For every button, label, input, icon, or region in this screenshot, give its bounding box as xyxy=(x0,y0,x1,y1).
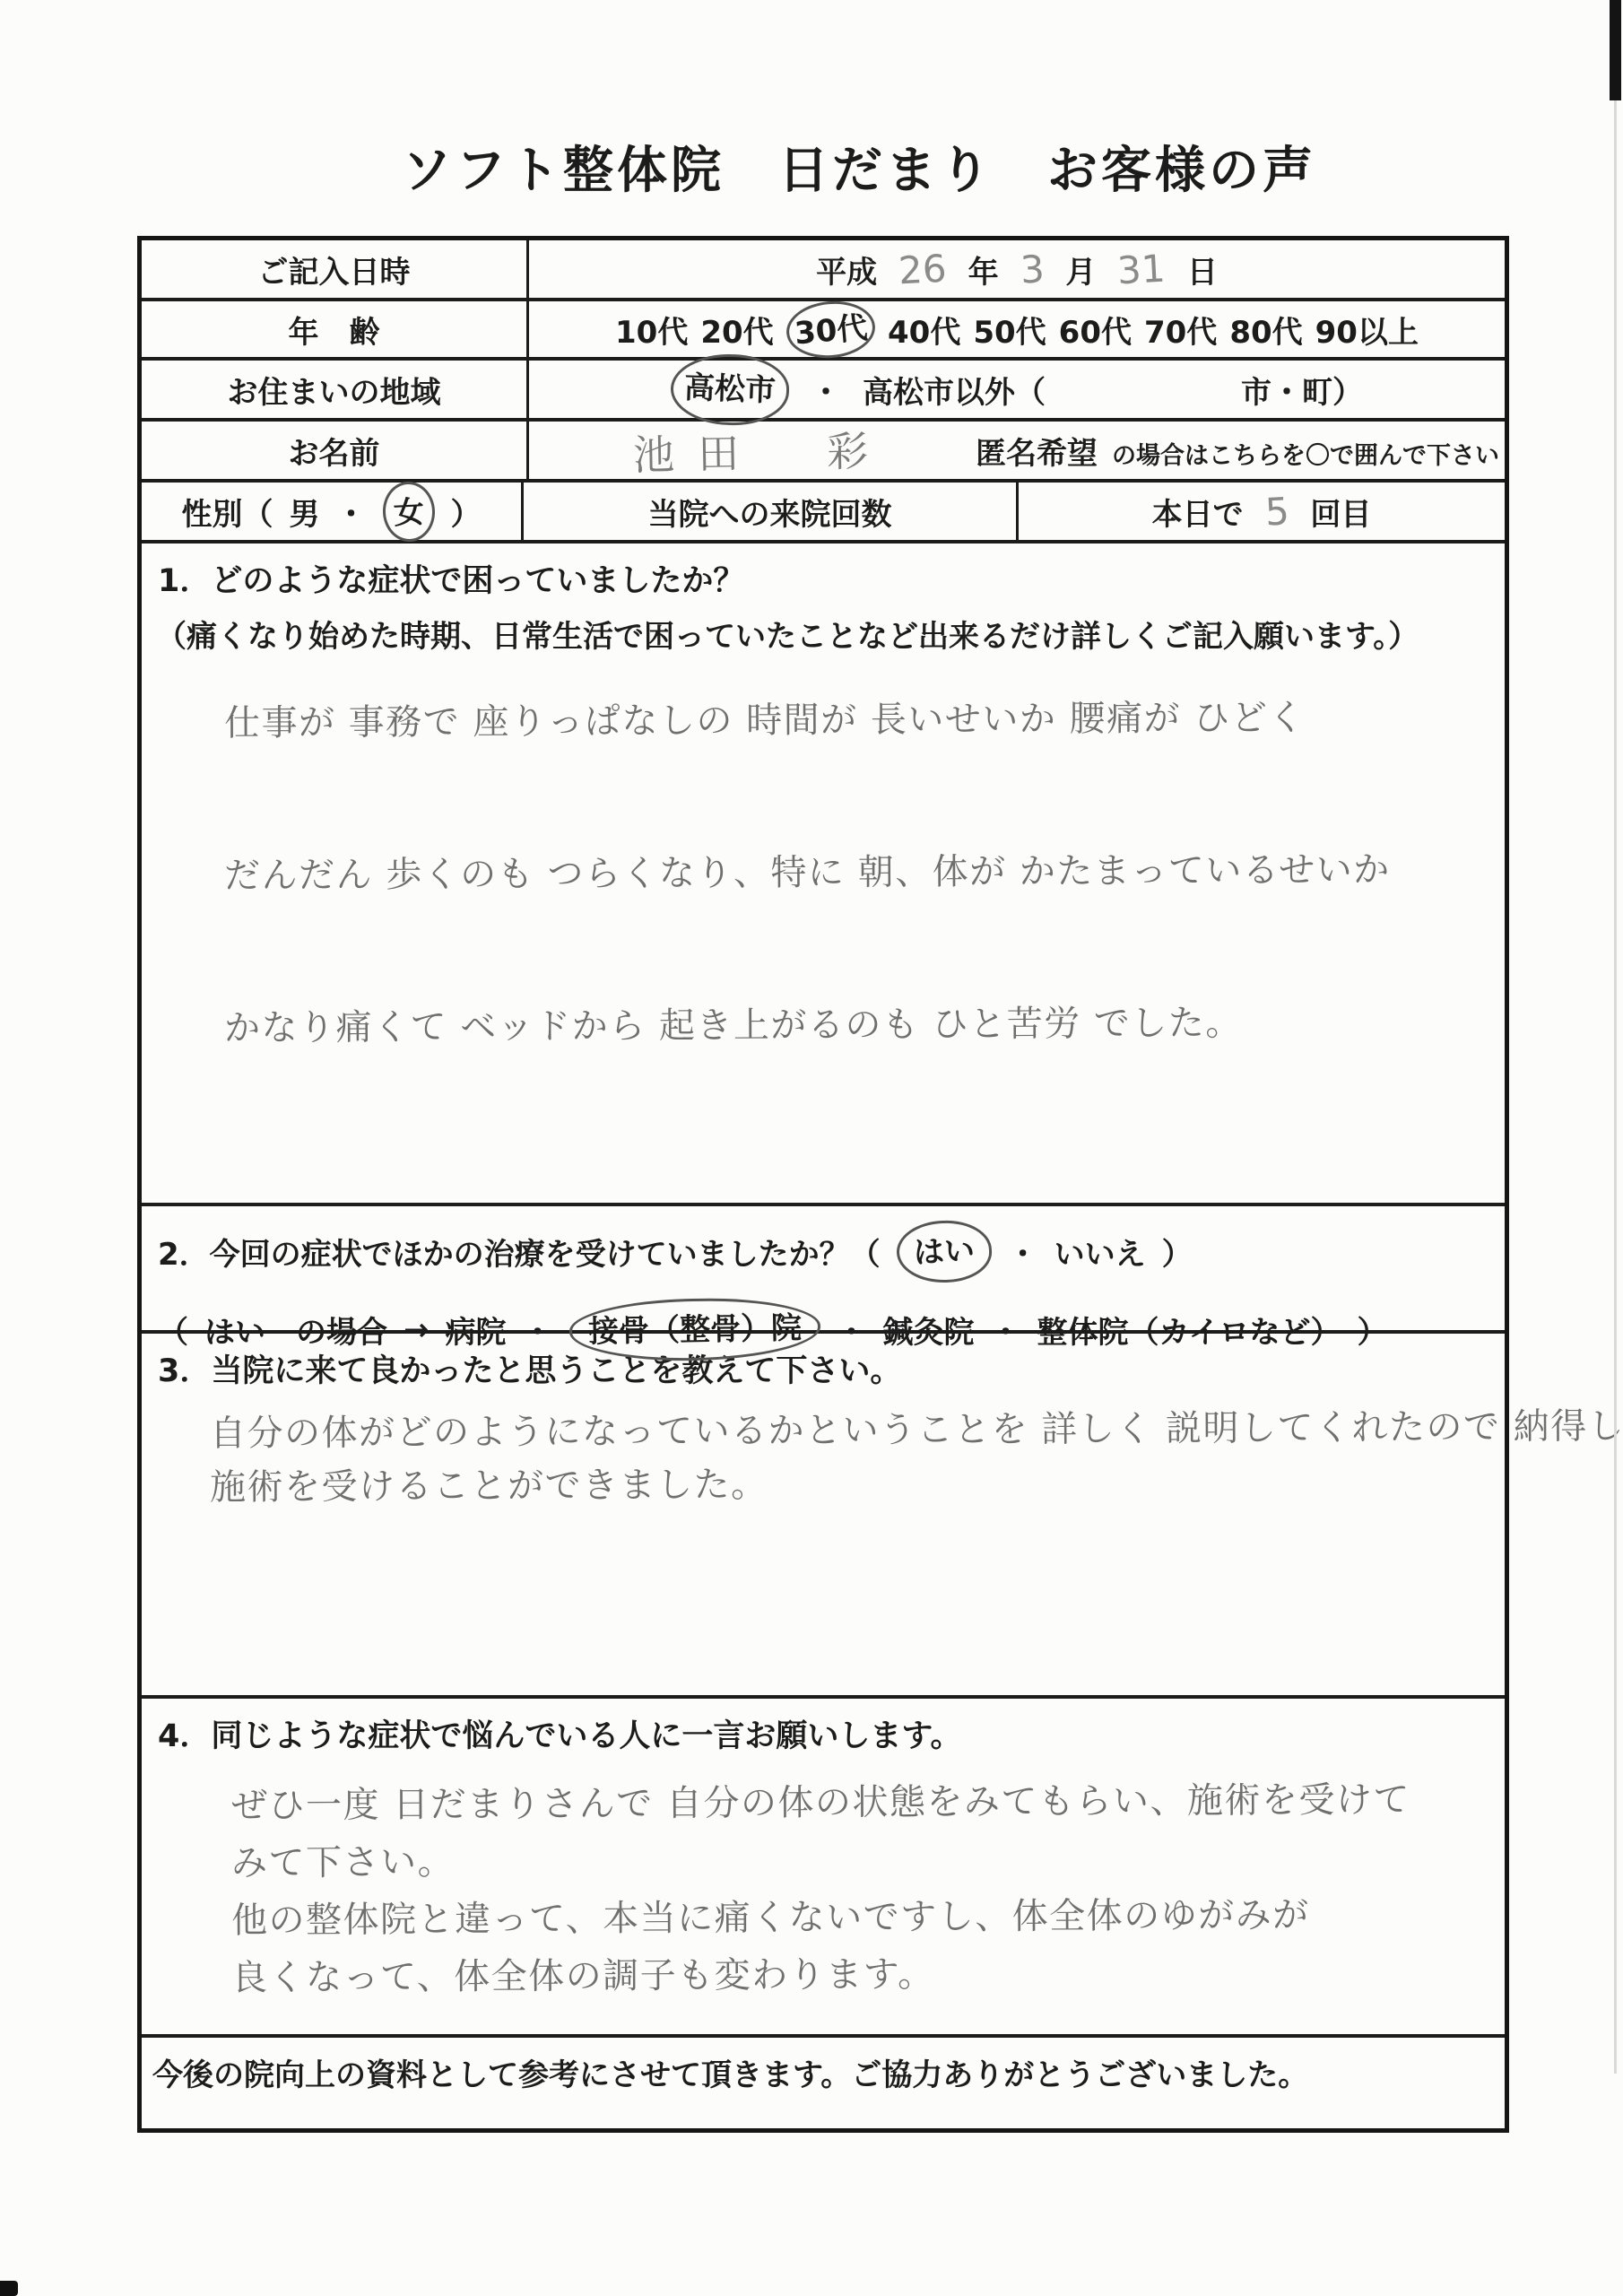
question-2-section: 2．今回の症状でほかの治療を受けていましたか？（ はい ・ いいえ ） （ はい… xyxy=(142,1206,1505,1334)
scan-artifact-top-right xyxy=(1610,0,1621,100)
question-2-heading-line: 2．今回の症状でほかの治療を受けていましたか？（ はい ・ いいえ ） xyxy=(158,1221,1490,1283)
area-option-other: 高松市以外（ xyxy=(863,368,1046,412)
age-option-70s: 70代 xyxy=(1144,308,1217,352)
anonymous-note: の場合はこちらを〇で囲んで下さい xyxy=(1112,436,1499,471)
anonymous-group: 匿名希望 の場合はこちらを〇で囲んで下さい xyxy=(976,429,1505,473)
answer-line: 良くなって、体全体の調子も変わります。 xyxy=(231,1946,1490,2003)
question-1-heading: 1．どのような症状で困っていましたか？ xyxy=(158,556,1490,601)
question-1-note: （痛くなり始めた時期、日常生活で困っていたことなど出来るだけ詳しくご記入願います… xyxy=(156,612,1490,656)
age-option-30s-circled: 30代 xyxy=(784,297,877,361)
age-option-50s: 50代 xyxy=(973,308,1046,352)
question-3-heading: 3．当院に来て良かったと思うことを教えて下さい。 xyxy=(158,1346,1490,1391)
visits-value-cell: 本日で 5 回目 xyxy=(1019,483,1505,540)
visits-unit: 回目 xyxy=(1310,490,1371,534)
scan-artifact-bottom-left xyxy=(0,2281,18,2296)
gender-suffix: ） xyxy=(451,490,482,534)
age-option-10s: 10代 xyxy=(615,308,688,352)
area-option-takamatsu-circled: 高松市 xyxy=(670,352,791,427)
month-handwritten: 3 xyxy=(1019,247,1045,291)
age-option-90plus: 90以上 xyxy=(1315,308,1419,352)
age-row: 年 齢 10代 20代 30代 40代 50代 60代 70代 80代 90以上 xyxy=(142,301,1505,361)
question-1-section: 1．どのような症状で困っていましたか？ （痛くなり始めた時期、日常生活で困ってい… xyxy=(142,544,1505,1206)
name-row: お名前 池田 彩 匿名希望 の場合はこちらを〇で囲んで下さい xyxy=(142,422,1505,483)
area-label: お住まいの地域 xyxy=(142,361,529,418)
age-option-20s: 20代 xyxy=(700,308,773,352)
scanned-feedback-form: ソフト整体院 日だまり お客様の声 ご記入日時 平成 26 年 3 月 31 日… xyxy=(0,0,1623,2296)
answer-line: みて下さい。 xyxy=(231,1831,1490,1888)
age-label: 年 齢 xyxy=(142,301,529,357)
gender-prefix: 性別（ xyxy=(182,490,273,534)
date-row: ご記入日時 平成 26 年 3 月 31 日 xyxy=(142,240,1505,301)
year-handwritten: 26 xyxy=(898,246,948,292)
area-row: お住まいの地域 高松市 ・ 高松市以外（ 市・町） xyxy=(142,361,1505,422)
gender-option-male: 男 xyxy=(290,490,320,534)
area-other-suffix: 市・町） xyxy=(1241,368,1363,412)
age-option-80s: 80代 xyxy=(1229,308,1302,352)
name-handwritten: 池田 彩 xyxy=(632,418,891,482)
q2-option-yes-circled: はい xyxy=(895,1219,992,1284)
age-options: 10代 20代 30代 40代 50代 60代 70代 80代 90以上 xyxy=(529,301,1505,357)
answer-line: ぜひ一度 日だまりさんで 自分の体の状態をみてもらい、施術を受けて xyxy=(231,1774,1490,1831)
area-options: 高松市 ・ 高松市以外（ 市・町） xyxy=(529,361,1505,418)
age-option-40s: 40代 xyxy=(888,308,960,352)
question-2-heading: 2．今回の症状でほかの治療を受けていましたか？（ xyxy=(158,1230,881,1274)
visits-label: 当院への来院回数 xyxy=(648,490,892,534)
area-dot: ・ xyxy=(811,368,841,412)
answer-line: かなり痛くて ベッドから 起き上がるのも ひと苦労 でした。 xyxy=(224,996,1490,1053)
feedback-form-table: ご記入日時 平成 26 年 3 月 31 日 年 齢 10代 20代 30代 4… xyxy=(137,236,1509,2133)
question-4-heading: 4．同じような症状で悩んでいる人に一言お願いします。 xyxy=(158,1711,1490,1756)
page-title: ソフト整体院 日だまり お客様の声 xyxy=(173,131,1545,203)
date-label: ご記入日時 xyxy=(142,240,529,298)
question-3-answer: 自分の体がどのようになっているかということを 詳しく 説明してくれたので 納得し… xyxy=(210,1405,1490,1509)
name-value-cell: 池田 彩 匿名希望 の場合はこちらを〇で囲んで下さい xyxy=(529,422,1505,479)
year-unit: 年 xyxy=(968,248,999,291)
day-handwritten: 31 xyxy=(1116,246,1167,292)
visits-label-cell: 当院への来院回数 xyxy=(524,483,1019,540)
answer-line: 施術を受けることができました。 xyxy=(210,1456,1490,1512)
footer-note: 今後の院向上の資料として参考にさせて頂きます。ご協力ありがとうございました。 xyxy=(142,2038,1319,2128)
q2-heading-suffix: ） xyxy=(1162,1230,1193,1274)
era-label: 平成 xyxy=(816,248,877,291)
visits-count-handwritten: 5 xyxy=(1263,489,1289,534)
visits-prefix: 本日で xyxy=(1152,490,1244,534)
scan-edge-line xyxy=(1614,100,1617,2074)
footer-row: 今後の院向上の資料として参考にさせて頂きます。ご協力ありがとうございました。 xyxy=(142,2038,1505,2128)
answer-line: 他の整体院と違って、本当に痛くないですし、体全体のゆがみが xyxy=(231,1889,1490,1945)
date-value-cell: 平成 26 年 3 月 31 日 xyxy=(529,240,1505,298)
anonymous-label: 匿名希望 xyxy=(976,429,1098,473)
age-option-60s: 60代 xyxy=(1059,308,1132,352)
answer-line: 自分の体がどのようになっているかということを 詳しく 説明してくれたので 納得し… xyxy=(210,1402,1490,1458)
gender-dot: ・ xyxy=(336,490,367,534)
month-unit: 月 xyxy=(1065,248,1096,291)
gender-cell: 性別（ 男 ・ 女 ） xyxy=(142,483,524,540)
question-3-section: 3．当院に来て良かったと思うことを教えて下さい。 自分の体がどのようになっている… xyxy=(142,1334,1505,1699)
question-4-section: 4．同じような症状で悩んでいる人に一言お願いします。 ぜひ一度 日だまりさんで … xyxy=(142,1699,1505,2038)
gender-option-female-circled: 女 xyxy=(381,480,436,543)
day-unit: 日 xyxy=(1187,248,1218,291)
question-4-answer: ぜひ一度 日だまりさんで 自分の体の状態をみてもらい、施術を受けて みて下さい。… xyxy=(231,1778,1490,2000)
q2-option-no: いいえ xyxy=(1055,1230,1146,1274)
name-label: お名前 xyxy=(142,422,529,479)
answer-line: だんだん 歩くのも つらくなり、特に 朝、体が かたまっているせいか xyxy=(224,844,1490,900)
q2-dot: ・ xyxy=(1008,1230,1038,1274)
answer-line: 仕事が 事務で 座りっぱなしの 時間が 長いせいか 腰痛が ひどく xyxy=(224,691,1490,748)
gender-visits-row: 性別（ 男 ・ 女 ） 当院への来院回数 本日で 5 回目 xyxy=(142,483,1505,544)
question-1-answer: 仕事が 事務で 座りっぱなしの 時間が 長いせいか 腰痛が ひどく だんだん 歩… xyxy=(224,695,1490,1050)
